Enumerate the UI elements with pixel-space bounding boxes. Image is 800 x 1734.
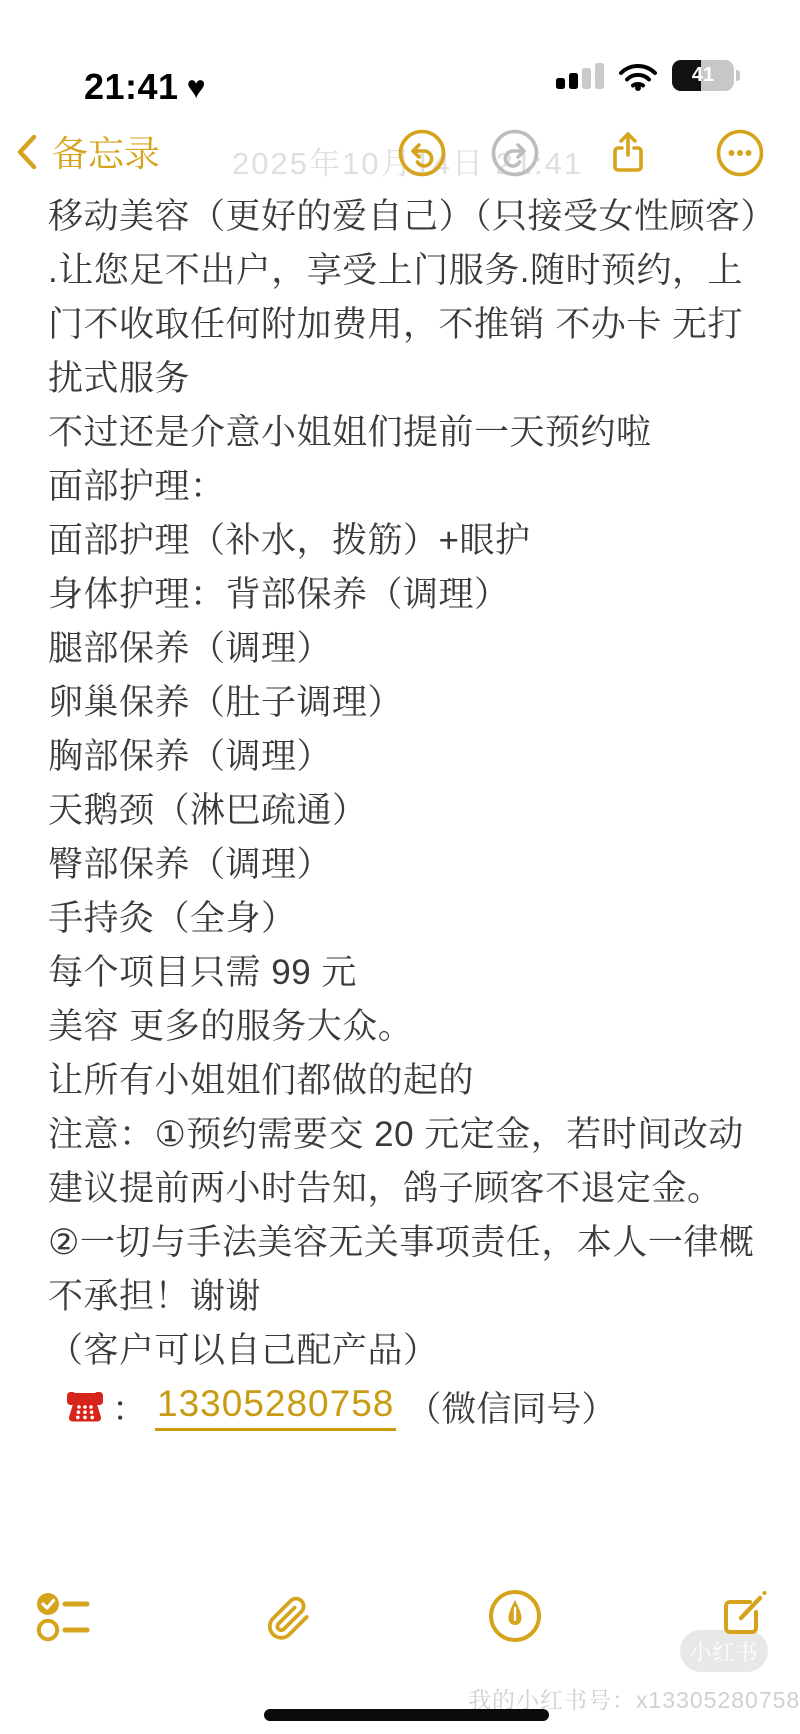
status-bar: 21:41 ♥ 41 (0, 0, 800, 110)
phone-suffix: （微信同号） (406, 1382, 616, 1432)
note-line: 美容 更多的服务大众。 (48, 1000, 800, 1054)
phone-line: ： 13305280758 （微信同号） (64, 1378, 800, 1436)
phone-colon: ： (112, 1382, 147, 1432)
back-label: 备忘录 (52, 126, 160, 177)
note-line: ②一切与手法美容无关事项责任，本人一律概 (48, 1216, 800, 1270)
note-line: （客户可以自己配产品） (48, 1324, 800, 1378)
telephone-icon (64, 1386, 106, 1428)
note-line: 注意：①预约需要交 20 元定金，若时间改动 (48, 1108, 800, 1162)
heart-icon: ♥ (187, 71, 206, 103)
bottom-toolbar (0, 1586, 800, 1650)
note-line: 建议提前两小时告知，鸽子顾客不退定金。 (48, 1162, 800, 1216)
redo-button-disabled[interactable] (490, 128, 540, 178)
note-line: 不过还是介意小姐姐们提前一天预约啦 (48, 406, 800, 460)
back-button[interactable]: 备忘录 (16, 126, 160, 177)
note-line: 扰式服务 (48, 352, 800, 406)
note-editor[interactable]: 移动美容（更好的爱自己）（只接受女性顾客）.让您足不出户，享受上门服务.随时预约… (48, 190, 800, 1436)
phone-number-link[interactable]: 13305280758 (155, 1383, 396, 1431)
chevron-left-icon (16, 134, 38, 170)
cellular-signal-icon (556, 63, 604, 89)
note-line: 面部护理： (48, 460, 800, 514)
status-time: 21:41 (84, 66, 179, 108)
compose-icon[interactable] (712, 1586, 772, 1646)
note-line: 胸部保养（调理） (48, 730, 800, 784)
undo-button[interactable] (397, 128, 447, 178)
note-line: 移动美容（更好的爱自己）（只接受女性顾客） (48, 190, 800, 244)
markup-icon[interactable] (485, 1586, 545, 1646)
home-indicator[interactable] (264, 1709, 549, 1721)
note-line: 腿部保养（调理） (48, 622, 800, 676)
note-line: 每个项目只需 99 元 (48, 946, 800, 1000)
note-line: .让您足不出户，享受上门服务.随时预约，上 (48, 244, 800, 298)
checklist-icon[interactable] (31, 1586, 91, 1646)
note-text-lines: 移动美容（更好的爱自己）（只接受女性顾客）.让您足不出户，享受上门服务.随时预约… (48, 190, 800, 1378)
paperclip-icon[interactable] (258, 1586, 318, 1646)
note-line: 天鹅颈（淋巴疏通） (48, 784, 800, 838)
note-line: 门不收取任何附加费用，不推销 不办卡 无打 (48, 298, 800, 352)
note-line: 卵巢保养（肚子调理） (48, 676, 800, 730)
battery-icon: 41 (672, 60, 740, 91)
status-indicators: 41 (556, 60, 740, 91)
note-line: 手持灸（全身） (48, 892, 800, 946)
wifi-icon (618, 61, 658, 91)
note-line: 不承担！谢谢 (48, 1270, 800, 1324)
notes-app-screen: 21:41 ♥ 41 (0, 0, 800, 1734)
more-options-button[interactable] (715, 128, 765, 178)
note-line: 身体护理：背部保养（调理） (48, 568, 800, 622)
nav-bar: 2025年10月14日 21:41 备忘录 (0, 118, 800, 190)
battery-percent: 41 (672, 60, 734, 91)
note-line: 面部护理（补水，拨筋）+眼护 (48, 514, 800, 568)
note-line: 让所有小姐姐们都做的起的 (48, 1054, 800, 1108)
note-line: 臀部保养（调理） (48, 838, 800, 892)
share-button[interactable] (603, 128, 653, 178)
status-time-group: 21:41 ♥ (84, 66, 206, 108)
